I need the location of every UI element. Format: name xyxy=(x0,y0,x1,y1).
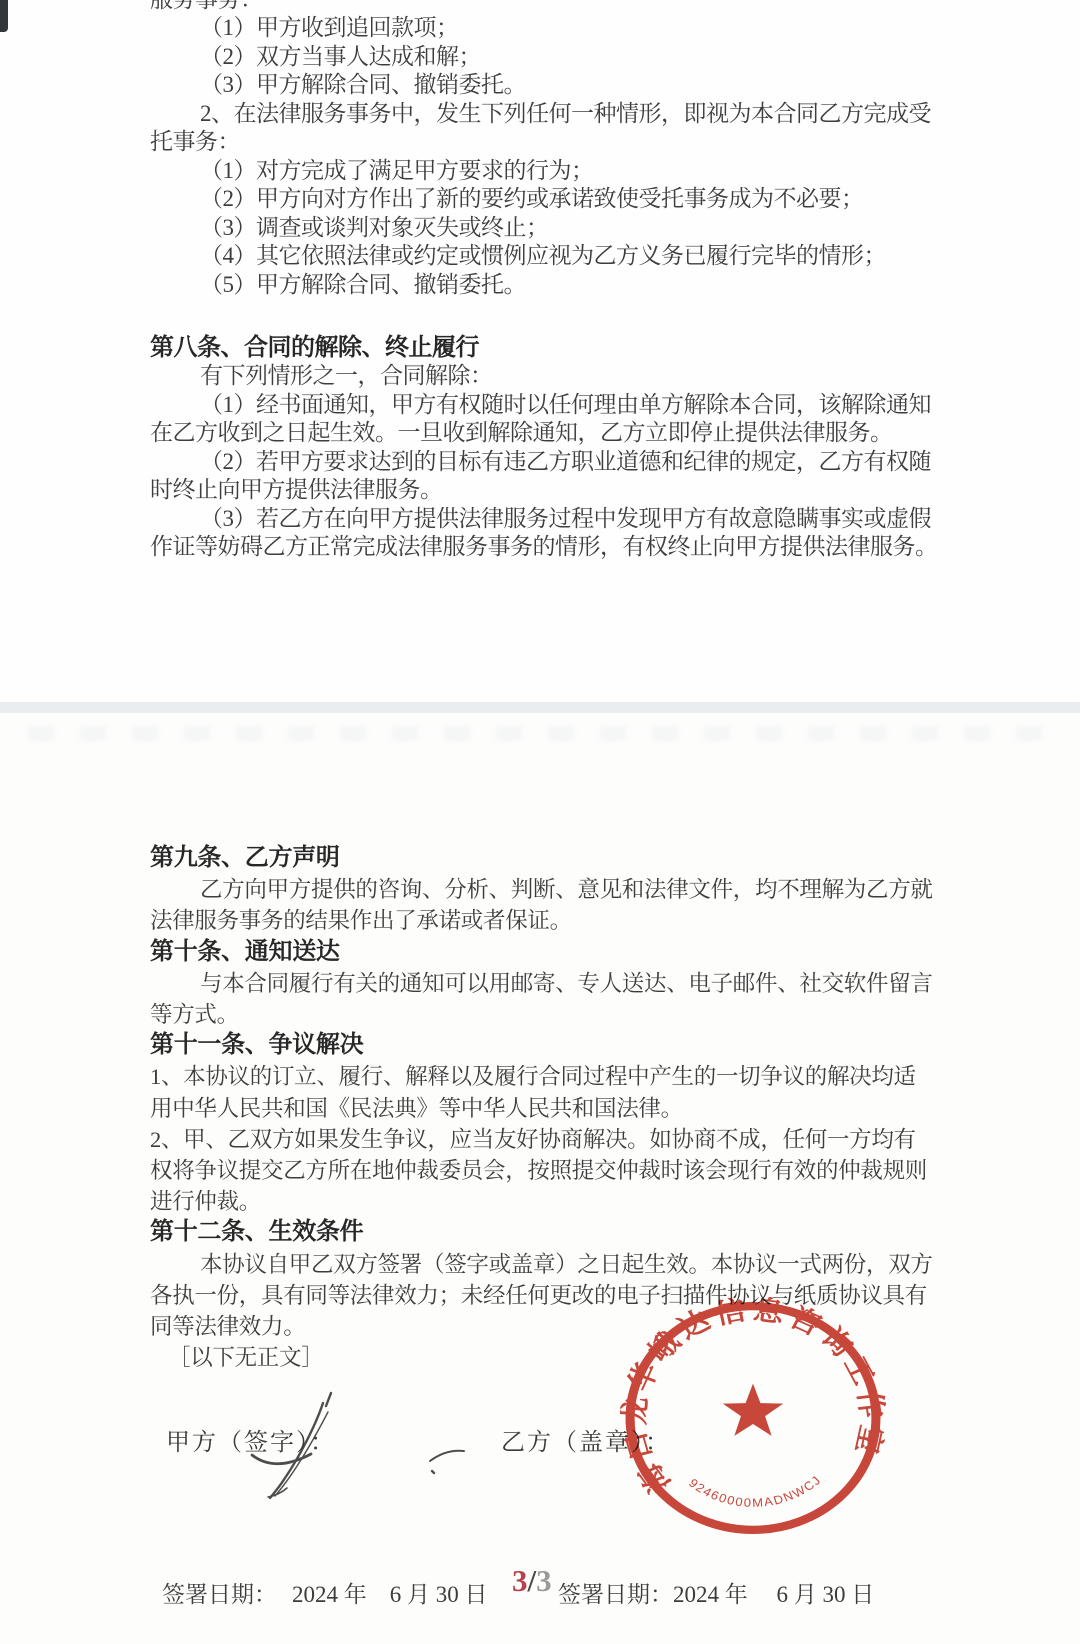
contract-line: （1）经书面通知，甲方有权随时以任何理由单方解除本合同，该解除通知 xyxy=(150,391,940,419)
clause-heading: 第八条、合同的解除、终止履行 xyxy=(150,334,940,362)
signature-stroke xyxy=(430,1451,464,1461)
contract-line: （1）甲方收到追回款项； xyxy=(150,14,940,42)
clause-heading: 第十二条、生效条件 xyxy=(150,1217,940,1248)
contract-line: 乙方向甲方提供的咨询、分析、判断、意见和法律文件，均不理解为乙方就 xyxy=(150,874,940,905)
contract-line: 时终止向甲方提供法律服务。 xyxy=(150,476,940,504)
contract-line: （3）甲方解除合同、撤销委托。 xyxy=(150,71,940,99)
contract-line: 服务事务： xyxy=(150,0,940,14)
contract-line: 法律服务事务的结果作出了承诺或者保证。 xyxy=(150,905,940,936)
handwritten-signature xyxy=(235,1385,495,1520)
contract-line: 在乙方收到之日起生效。一旦收到解除通知，乙方立即停止提供法律服务。 xyxy=(150,419,940,447)
clause-heading: 第十一条、争议解决 xyxy=(150,1030,940,1061)
contract-line: 本协议自甲乙双方签署（签字或盖章）之日起生效。本协议一式两份，双方 xyxy=(150,1249,940,1280)
contract-line: （2）双方当事人达成和解； xyxy=(150,43,940,71)
contract-line: （3）若乙方在向甲方提供法律服务过程中发现甲方有故意隐瞒事实或虚假 xyxy=(150,505,940,533)
contract-line: 与本合同履行有关的通知可以用邮寄、专人送达、电子邮件、社交软件留言 xyxy=(150,968,940,999)
scanned-contract-screenshot: 服务事务： （1）甲方收到追回款项； （2）双方当事人达成和解； （3）甲方解除… xyxy=(0,0,1080,1644)
signature-stroke xyxy=(252,1454,311,1464)
ghost-text-artifact xyxy=(28,726,1048,741)
contract-line: 权将争议提交乙方所在地仲裁委员会，按照提交仲裁时该会现行有效的仲裁规则 xyxy=(150,1155,940,1186)
contract-line: 托事务： xyxy=(150,128,940,156)
clause-heading: 第九条、乙方声明 xyxy=(150,843,940,874)
contract-line: （2）若甲方要求达到的目标有违乙方职业道德和纪律的规定，乙方有权随 xyxy=(150,448,940,476)
sign-date-right: 签署日期：2024 年 6 月 30 日 xyxy=(558,1576,874,1609)
contract-line: 有下列情形之一，合同解除： xyxy=(150,362,940,390)
contract-line: （2）甲方向对方作出了新的要约或承诺致使受托事务成为不必要； xyxy=(150,185,940,213)
company-seal: 海口龙华峨达信息咨询工作室 92460000MADNWCJ93Q xyxy=(620,1297,886,1539)
page-indicator: 3/3 xyxy=(512,1563,552,1599)
sign-date-left: 2024 年 6 月 30 日 xyxy=(292,1576,488,1609)
page2-text-block: 第九条、乙方声明 乙方向甲方提供的咨询、分析、判断、意见和法律文件，均不理解为乙… xyxy=(150,843,940,1373)
page-indicator-total: 3 xyxy=(536,1563,552,1598)
contract-line: （4）其它依照法律或约定或惯例应视为乙方义务已履行完毕的情形； xyxy=(150,242,940,270)
signature-stroke xyxy=(270,1403,323,1498)
contract-line: 用中华人民共和国《民法典》等中华人民共和国法律。 xyxy=(150,1093,940,1124)
contract-line: （3）调查或谈判对象灭失或终止； xyxy=(150,214,940,242)
seal-star-icon xyxy=(723,1384,783,1436)
page-indicator-separator: / xyxy=(528,1563,537,1598)
page-indicator-current: 3 xyxy=(512,1563,528,1598)
contract-line: （1）对方完成了满足甲方要求的行为； xyxy=(150,157,940,185)
signature-stroke xyxy=(432,1471,434,1473)
contract-line: 作证等妨碍乙方正常完成法律服务事务的情形，有权终止向甲方提供法律服务。 xyxy=(150,533,940,561)
contract-line: 进行仲裁。 xyxy=(150,1186,940,1217)
contract-line: 1、本协议的订立、履行、解释以及履行合同过程中产生的一切争议的解决均适 xyxy=(150,1061,940,1092)
sign-date-label-left: 签署日期： xyxy=(162,1576,277,1609)
contract-line: （5）甲方解除合同、撤销委托。 xyxy=(150,271,940,299)
contract-line: 2、甲、乙双方如果发生争议，应当友好协商解决。如协商不成，任何一方均有 xyxy=(150,1124,940,1155)
contract-line: 等方式。 xyxy=(150,999,940,1030)
page1-text-block: 服务事务： （1）甲方收到追回款项； （2）双方当事人达成和解； （3）甲方解除… xyxy=(150,0,940,562)
scan-edge-artifact xyxy=(0,0,8,32)
clause-heading: 第十条、通知送达 xyxy=(150,937,940,968)
contract-line: 2、在法律服务事务中，发生下列任何一种情形，即视为本合同乙方完成受 xyxy=(150,100,940,128)
signature-stroke xyxy=(275,1412,328,1496)
signature-stroke xyxy=(326,1393,331,1406)
